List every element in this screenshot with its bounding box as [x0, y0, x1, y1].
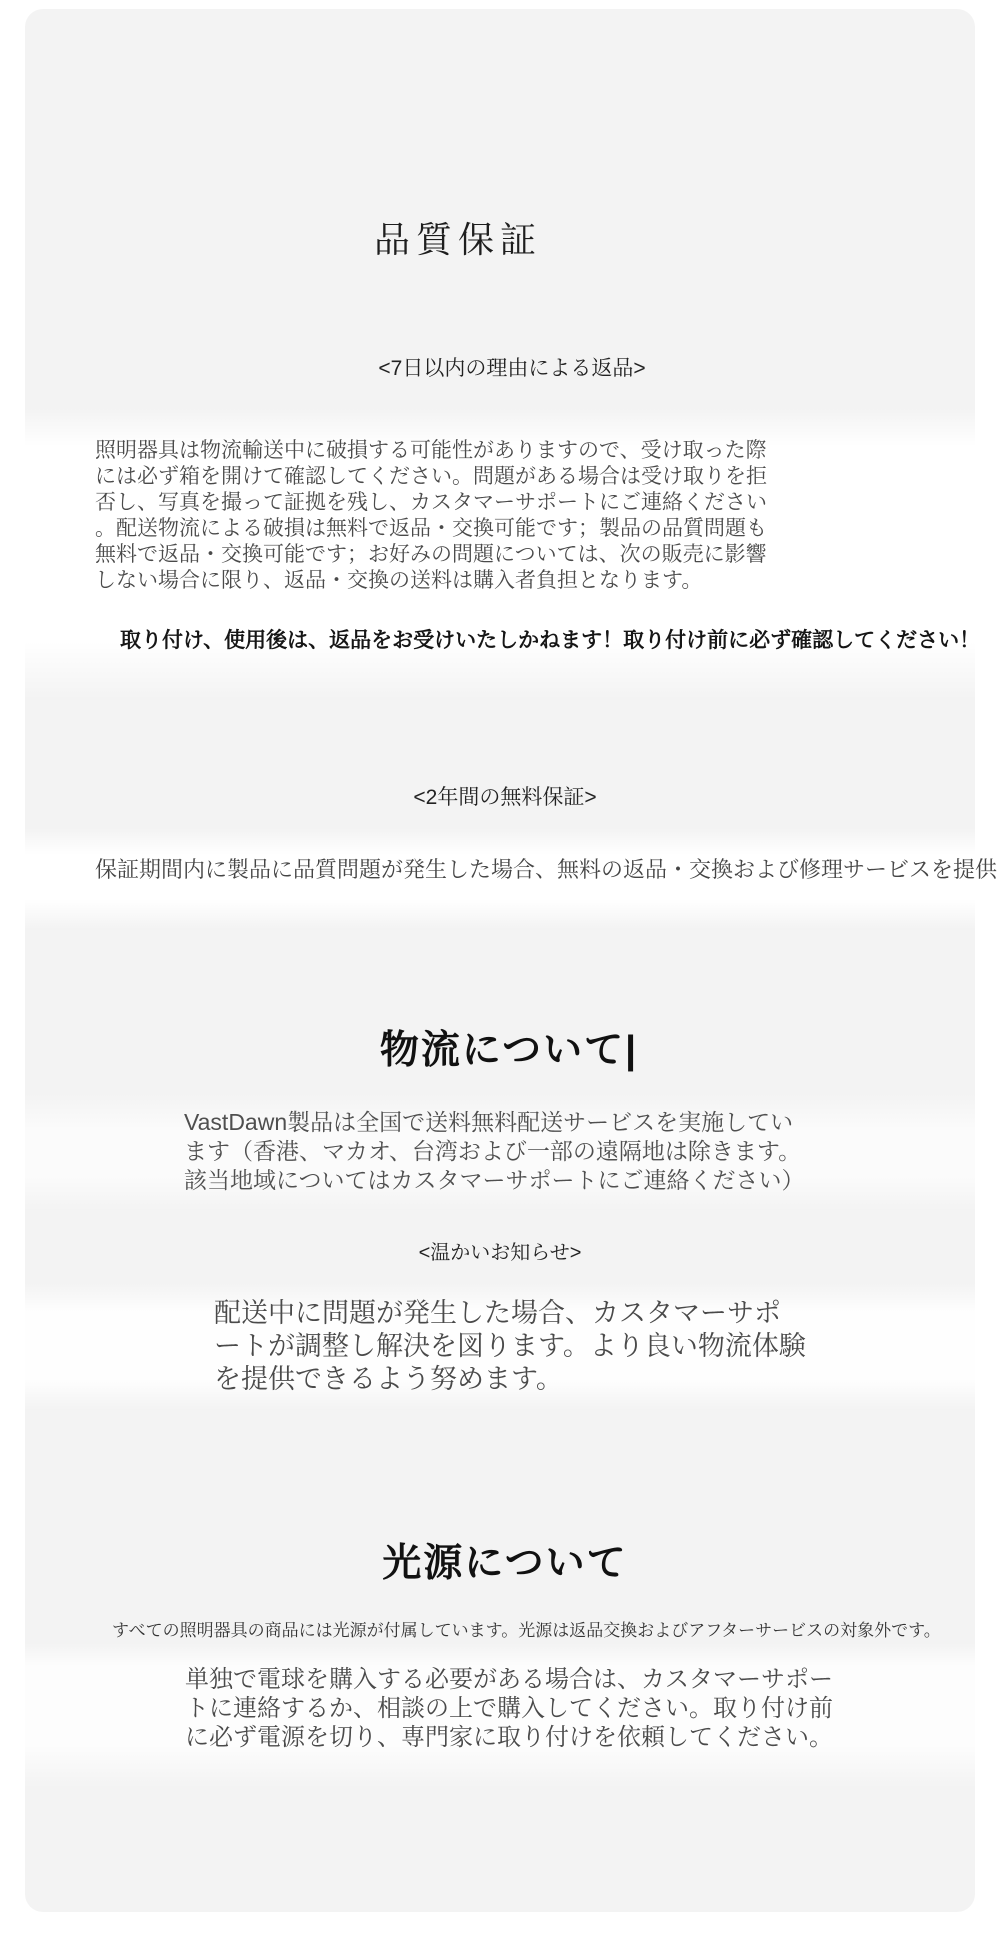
- bulb-purchase-paragraph: 単独で電球を購入する必要がある場合は、カスタマーサポー トに連絡するか、相談の上…: [185, 1665, 833, 1752]
- shipping-policy-line: ます（香港、マカオ、台湾および一部の遠隔地は除きます。: [184, 1137, 805, 1166]
- warranty-subtitle: <2年間の無料保証>: [413, 781, 596, 811]
- delivery-notice-line: 配送中に問題が発生した場合、カスタマーサポ: [214, 1297, 806, 1330]
- damage-policy-line: 照明器具は物流輸送中に破損する可能性がありますので、受け取った際: [95, 438, 767, 464]
- bulb-purchase-line: 単独で電球を購入する必要がある場合は、カスタマーサポー: [185, 1665, 833, 1694]
- return-policy-subtitle: <7日以内の理由による返品>: [378, 352, 645, 382]
- logistics-section-title: 物流について|: [380, 1019, 638, 1075]
- quality-section-title: 品質保証: [374, 212, 542, 263]
- light-source-included-text: すべての照明器具の商品には光源が付属しています。光源は返品交換およびアフターサー…: [112, 1616, 941, 1641]
- shipping-policy-line: 該当地域についてはカスタマーサポートにご連絡ください）: [184, 1166, 805, 1195]
- delivery-notice-line: を提供できるよう努めます。: [214, 1363, 806, 1396]
- warm-notice-subtitle: <温かいお知らせ>: [419, 1236, 582, 1265]
- warranty-detail-text: 保証期間内に製品に品質問題が発生した場合、無料の返品・交換および修理サービスを提…: [95, 853, 997, 884]
- damage-policy-line: 。配送物流による破損は無料で返品・交換可能です；製品の品質問題も: [95, 516, 767, 542]
- product-description-page: 品質保証 <7日以内の理由による返品> 照明器具は物流輸送中に破損する可能性があ…: [0, 0, 1000, 1949]
- damage-policy-line: 否し、写真を撮って証拠を残し、カスタマーサポートにご連絡ください: [95, 490, 767, 516]
- delivery-notice-paragraph: 配送中に問題が発生した場合、カスタマーサポ ートが調整し解決を図ります。より良い…: [214, 1297, 806, 1396]
- light-source-section-title: 光源について: [382, 1532, 627, 1588]
- bulb-purchase-line: に必ず電源を切り、専門家に取り付けを依頼してください。: [185, 1723, 833, 1752]
- shipping-policy-line: VastDawn製品は全国で送料無料配送サービスを実施してい: [184, 1108, 805, 1137]
- damage-policy-line: 無料で返品・交換可能です；お好みの問題については、次の販売に影響: [95, 542, 767, 568]
- delivery-notice-line: ートが調整し解決を図ります。より良い物流体験: [214, 1330, 806, 1363]
- damage-policy-line: しない場合に限り、返品・交換の送料は購入者負担となります。: [95, 568, 767, 594]
- installation-warning-text: 取り付け、使用後は、返品をお受けいたしかねます！取り付け前に必ず確認してください…: [120, 624, 980, 654]
- shipping-policy-paragraph: VastDawn製品は全国で送料無料配送サービスを実施してい ます（香港、マカオ…: [184, 1108, 805, 1195]
- bulb-purchase-line: トに連絡するか、相談の上で購入してください。取り付け前: [185, 1694, 833, 1723]
- damage-policy-line: には必ず箱を開けて確認してください。問題がある場合は受け取りを拒: [95, 464, 767, 490]
- damage-policy-paragraph: 照明器具は物流輸送中に破損する可能性がありますので、受け取った際 には必ず箱を開…: [95, 438, 767, 594]
